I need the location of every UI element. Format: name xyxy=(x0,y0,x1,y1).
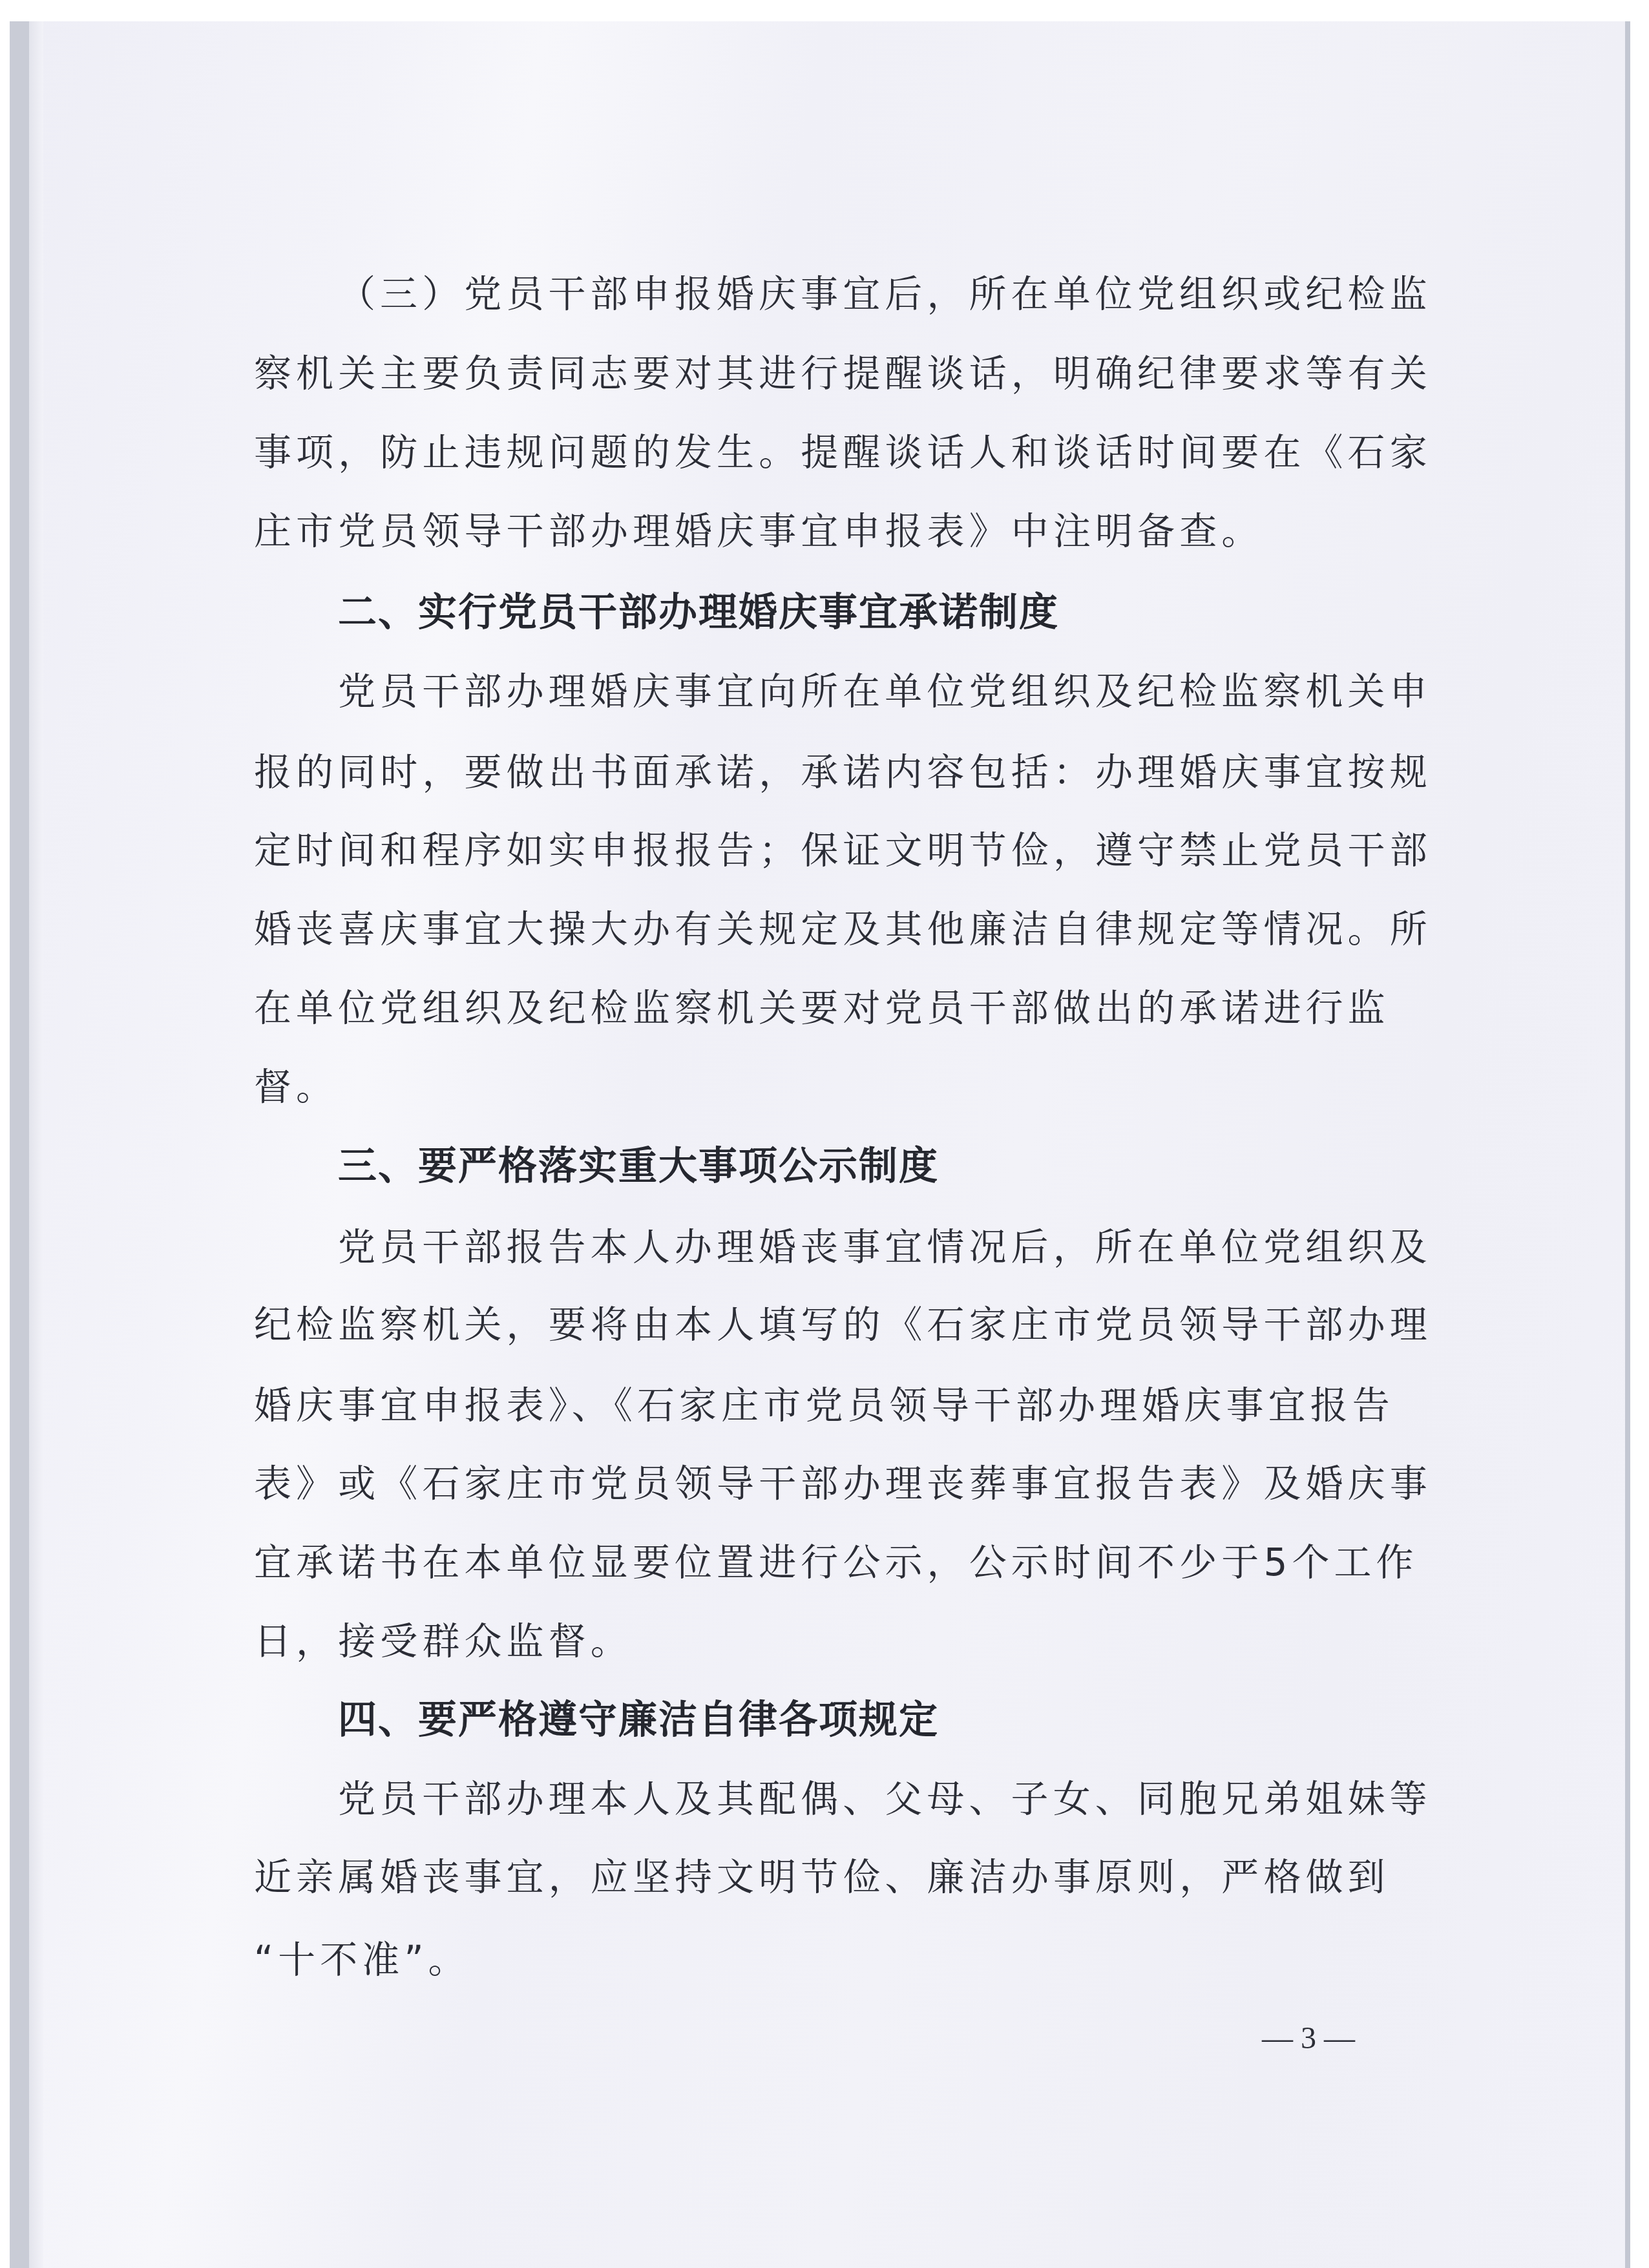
paragraph-line: 婚丧喜庆事宜大操大办有关规定及其他廉洁自律规定等情况。所 xyxy=(254,903,1432,955)
paragraph-line: 事项，防止违规问题的发生。提醒谈话人和谈话时间要在《石家 xyxy=(254,426,1432,478)
paragraph-line: （三）党员干部申报婚庆事宜后，所在单位党组织或纪检监 xyxy=(338,268,1432,320)
paragraph-line: 党员干部办理本人及其配偶、父母、子女、同胞兄弟姐妹等 xyxy=(338,1773,1432,1825)
paragraph-line: “十不准”。 xyxy=(254,1934,470,1986)
paragraph-line: 庄市党员领导干部办理婚庆事宜申报表》中注明备查。 xyxy=(254,505,1263,557)
paragraph-line: 近亲属婚丧事宜，应坚持文明节俭、廉洁办事原则，严格做到 xyxy=(254,1851,1390,1903)
paragraph-line: 定时间和程序如实申报报告；保证文明节俭，遵守禁止党员干部 xyxy=(254,824,1432,876)
paragraph-line: 党员干部办理婚庆事宜向所在单位党组织及纪检监察机关申 xyxy=(338,666,1432,717)
section-heading-3: 三、要严格落实重大事项公示制度 xyxy=(338,1140,939,1192)
paragraph-line: 督。 xyxy=(254,1061,338,1113)
section-heading-2: 二、实行党员干部办理婚庆事宜承诺制度 xyxy=(338,587,1059,638)
paragraph-line: 察机关主要负责同志要对其进行提醒谈话，明确纪律要求等有关 xyxy=(254,348,1432,399)
paragraph-line: 在单位党组织及纪检监察机关要对党员干部做出的承诺进行监 xyxy=(254,982,1390,1034)
paragraph-line: 报的同时，要做出书面承诺，承诺内容包括：办理婚庆事宜按规 xyxy=(254,746,1432,798)
paragraph-line: 宜承诺书在本单位显要位置进行公示，公示时间不少于5个工作 xyxy=(254,1537,1418,1588)
paragraph-line: 党员干部报告本人办理婚丧事宜情况后，所在单位党组织及 xyxy=(338,1221,1432,1273)
paragraph-line: 日，接受群众监督。 xyxy=(254,1615,633,1667)
paragraph-line: 纪检监察机关，要将由本人填写的《石家庄市党员领导干部办理 xyxy=(254,1299,1432,1350)
paragraph-line: 表》或《石家庄市党员领导干部办理丧葬事宜报告表》及婚庆事 xyxy=(254,1458,1432,1509)
page-number: — 3 — xyxy=(1231,2019,1386,2058)
paragraph-line: 婚庆事宜申报表》、《石家庄市党员领导干部办理婚庆事宜报告 xyxy=(254,1380,1394,1431)
section-heading-4: 四、要严格遵守廉洁自律各项规定 xyxy=(338,1694,939,1746)
